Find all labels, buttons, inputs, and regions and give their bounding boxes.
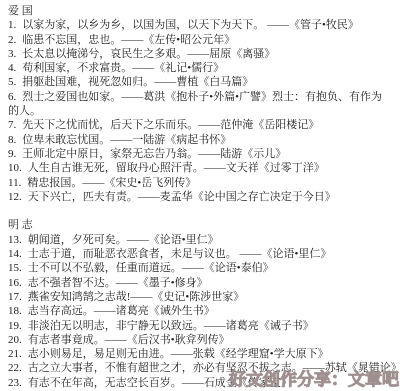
- quote-text: 以家为家，以乡为乡，以国为国，以天下为天下。 ——《管子•牧民》: [22, 19, 359, 31]
- quote-number: 17.: [8, 290, 22, 304]
- quote-item: 18.志当存高远。——诸葛亮《诫外生书》: [8, 304, 400, 318]
- quote-number: 10.: [8, 161, 22, 175]
- quote-number: 22.: [8, 361, 22, 375]
- quote-number: 21.: [8, 347, 22, 361]
- quote-item: 20.有志者事竟成。——《后汉书•耿弇列传》: [8, 333, 400, 347]
- quote-item: 15.士不可以不弘毅，任重而道远。——《论语•泰伯》: [8, 261, 400, 275]
- quote-number: 14.: [8, 247, 22, 261]
- quote-item: 3.长太息以掩涕兮，哀民生之多艰。——屈原《离骚》: [8, 47, 400, 61]
- quote-number: 20.: [8, 333, 22, 347]
- quote-text: 有志者事竟成。——《后汉书•耿弇列传》: [28, 334, 230, 346]
- quote-item: 17.燕雀安知鸿鹄之志哉!——《史记•陈涉世家》: [8, 290, 400, 304]
- quote-text: 苟利国家，不求富贵。——《礼记•儒行》: [22, 62, 224, 74]
- quote-text: 朝闻道，夕死可矣。——《论语•里仁》: [28, 234, 219, 246]
- quote-number: 3.: [8, 47, 16, 61]
- quote-item: 14.士志于道，而耻恶衣恶食者，未足与议也。 ——《论语•里仁》: [8, 247, 400, 261]
- quote-number: 4.: [8, 61, 16, 75]
- section-patriotism: 爱 国 1.以家为家，以乡为乡，以国为国，以天下为天下。 ——《管子•牧民》2.…: [8, 4, 400, 204]
- quote-item: 10.人生自古谁无死，留取丹心照汗青。——文天祥《过零丁洋》: [8, 161, 400, 175]
- quotes-document: 爱 国 1.以家为家，以乡为乡，以国为国，以天下为天下。 ——《管子•牧民》2.…: [0, 0, 400, 390]
- quote-number: 18.: [8, 304, 22, 318]
- quote-text: 位卑未敢忘忧国。——一陆游《病起书怀》: [22, 134, 231, 146]
- quote-number: 16.: [8, 276, 22, 290]
- quote-item: 2.临患不忘国，忠也。——《左传•昭公元年》: [8, 33, 400, 47]
- quote-text: 志小则易足，易足则无由进。——张载《经学理窟•学大原下》: [28, 348, 329, 360]
- quote-list: 13.朝闻道，夕死可矣。——《论语•里仁》14.士志于道，而耻恶衣恶食者，未足与…: [8, 233, 400, 390]
- quote-item: 7.先天下之忧而忧，后天下之乐而乐。——范仲淹《岳阳楼记》: [8, 118, 400, 132]
- quote-text: 捐躯赴国难，视死忽如归。——曹植《白马篇》: [22, 76, 253, 88]
- quote-item: 1.以家为家，以乡为乡，以国为国，以天下为天下。 ——《管子•牧民》: [8, 18, 400, 32]
- quote-number: 13.: [8, 233, 22, 247]
- site-watermark: 好文创作分享：文章吧: [229, 370, 399, 390]
- quote-item: 16.志不强者智不达。——《墨子•修身》: [8, 276, 400, 290]
- quote-item: 11.精忠报国。——《宋史•岳飞列传》: [8, 176, 400, 190]
- quote-text-continued: 的人。: [8, 104, 400, 118]
- quote-list: 1.以家为家，以乡为乡，以国为国，以天下为天下。 ——《管子•牧民》2.临患不忘…: [8, 18, 400, 204]
- quote-item: 13.朝闻道，夕死可矣。——《论语•里仁》: [8, 233, 400, 247]
- section-heading: 爱 国: [8, 4, 400, 18]
- quote-text: 士不可以不弘毅，任重而道远。——《论语•泰伯》: [28, 262, 274, 274]
- quote-item: 8.位卑未敢忘忧国。——一陆游《病起书怀》: [8, 133, 400, 147]
- section-aspiration: 明 志 13.朝闻道，夕死可矣。——《论语•里仁》14.士志于道，而耻恶衣恶食者…: [8, 218, 400, 390]
- quote-text: 志不强者智不达。——《墨子•修身》: [28, 277, 208, 289]
- quote-item: 5.捐躯赴国难，视死忽如归。——曹植《白马篇》: [8, 75, 400, 89]
- quote-number: 8.: [8, 133, 16, 147]
- quote-text: 人生自古谁无死，留取丹心照汗青。——文天祥《过零丁洋》: [28, 162, 325, 174]
- quote-number: 23.: [8, 376, 22, 390]
- quote-number: 19.: [8, 319, 22, 333]
- section-heading: 明 志: [8, 218, 400, 232]
- quote-item: 21.志小则易足，易足则无由进。——张载《经学理窟•学大原下》: [8, 347, 400, 361]
- quote-number: 2.: [8, 33, 16, 47]
- quote-text: 先天下之忧而忧，后天下之乐而乐。——范仲淹《岳阳楼记》: [22, 119, 319, 131]
- quote-item: 4.苟利国家，不求富贵。——《礼记•儒行》: [8, 61, 400, 75]
- quote-item: 9.王师北定中原日，家祭无忘告乃翁。——陆游《示儿》: [8, 147, 400, 161]
- quote-text: 志当存高远。——诸葛亮《诫外生书》: [28, 305, 215, 317]
- quote-number: 5.: [8, 75, 16, 89]
- quote-text: 士志于道，而耻恶衣恶食者，未足与议也。 ——《论语•里仁》: [28, 248, 332, 260]
- quote-number: 12.: [8, 190, 22, 204]
- quote-item: 12.天下兴亡，匹夫有责。——麦孟华《论中国之存亡决定于今日》: [8, 190, 400, 204]
- quote-item: 19.非淡泊无以明志，非宁静无以致远。——诸葛亮《诫子书》: [8, 319, 400, 333]
- quote-text: 燕雀安知鸿鹄之志哉!——《史记•陈涉世家》: [28, 291, 245, 303]
- quote-number: 9.: [8, 147, 16, 161]
- quote-text: 天下兴亡，匹夫有责。——麦孟华《论中国之存亡决定于今日》: [28, 191, 336, 203]
- quote-text: 非淡泊无以明志，非宁静无以致远。——诸葛亮《诫子书》: [28, 320, 314, 332]
- quote-number: 11.: [8, 176, 21, 190]
- quote-text: 长太息以掩涕兮，哀民生之多艰。——屈原《离骚》: [22, 48, 275, 60]
- quote-text: 王师北定中原日，家祭无忘告乃翁。——陆游《示儿》: [22, 148, 286, 160]
- quote-item: 6.烈士之爱国也如家。——葛洪《抱朴子•外篇•广譬》烈士：有抱负、有作为: [8, 90, 400, 104]
- quote-number: 6.: [8, 90, 16, 104]
- quote-number: 15.: [8, 261, 22, 275]
- quote-text: 临患不忘国，忠也。——《左传•昭公元年》: [22, 34, 235, 46]
- quote-text: 精忠报国。——《宋史•岳飞列传》: [27, 177, 196, 189]
- quote-text: 烈士之爱国也如家。——葛洪《抱朴子•外篇•广譬》烈士：有抱负、有作为: [22, 91, 382, 103]
- quote-number: 7.: [8, 118, 16, 132]
- quote-number: 1.: [8, 18, 16, 32]
